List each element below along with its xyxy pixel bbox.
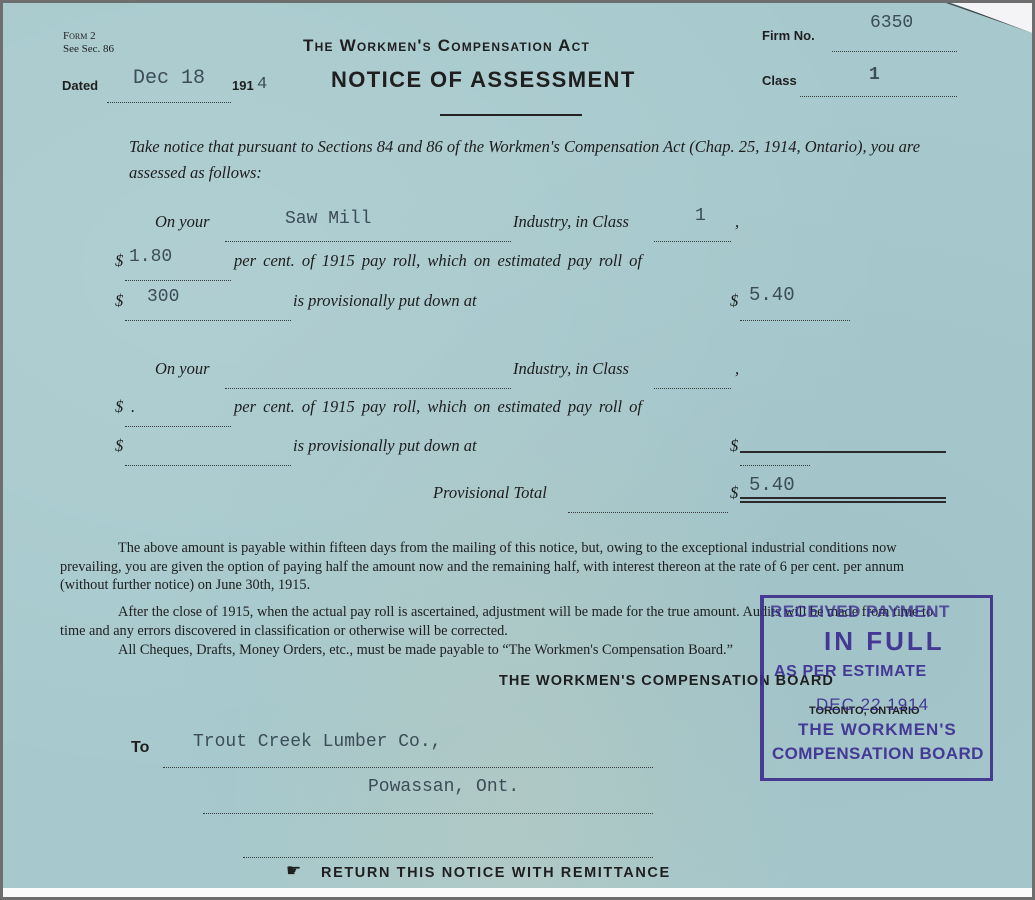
industry-class-value: 1 [695,206,706,226]
dollar-sign: $ [115,291,123,311]
industry-class-label: Industry, in Class [513,359,629,379]
assessment-notice-document: Form 2 See Sec. 86 Dated Dec 18 191 4 Th… [3,3,1032,888]
total-dots [568,500,728,518]
comma: , [735,212,739,232]
class-label: Class [762,73,797,88]
industry-class-line [654,229,731,247]
amount-value: 5.40 [749,284,795,306]
total-underline-2 [740,501,946,503]
recipient-name: Trout Creek Lumber Co., [193,732,441,752]
title-underline [440,114,582,116]
total-underline-1 [740,497,946,499]
rate-value: 1.80 [129,247,172,267]
industry-class-label: Industry, in Class [513,212,629,232]
rate-line [125,268,231,286]
recipient-name-line [163,755,653,773]
rate-line [125,414,231,432]
folded-corner [952,3,1032,33]
comma: , [735,359,739,379]
on-your-label: On your [155,359,210,379]
amount-line [740,308,850,326]
stamp-compensation-board: COMPENSATION BOARD [772,744,984,764]
industry-line [225,376,511,394]
dollar-sign: $ [730,291,738,311]
to-label: To [131,739,149,757]
class-value: 1 [869,65,880,85]
stamp-as-per-estimate: AS PER ESTIMATE [774,663,927,681]
rate-label: per cent. of 1915 pay roll, which on est… [234,251,642,271]
on-your-label: On your [155,212,210,232]
stamp-in-full: IN FULL [824,626,945,657]
dated-value: Dec 18 [133,67,205,90]
firm-number-value: 6350 [870,13,913,33]
recipient-address-line [203,801,653,819]
firm-line [832,39,957,57]
return-notice-text: RETURN THIS NOTICE WITH REMITTANCE [321,865,671,881]
year-prefix: 191 [232,78,254,93]
industry-value: Saw Mill [285,209,371,229]
stamp-date: DEC 22 1914 [816,695,929,715]
received-payment-stamp: RECEIVED PAYMENT IN FULL AS PER ESTIMATE… [760,595,993,781]
dollar-sign: $ [115,397,123,417]
industry-line [225,229,511,247]
firm-label: Firm No. [762,28,815,43]
payment-terms-paragraph: The above amount is payable within fifte… [60,539,955,595]
industry-class-line [654,376,731,394]
act-title: The Workmen's Compensation Act [303,36,590,56]
amount-line [740,453,810,471]
rate-decimal: . [131,397,135,417]
recipient-address: Powassan, Ont. [368,777,519,797]
class-line [800,84,957,102]
dollar-sign: $ [115,251,123,271]
stamp-workmens: THE WORKMEN'S [798,720,957,740]
pointing-hand-icon: ☛ [286,861,301,881]
payroll-value: 300 [147,287,179,307]
payroll-line [125,453,291,471]
rate-label: per cent. of 1915 pay roll, which on est… [234,397,642,417]
notice-title: NOTICE OF ASSESSMENT [331,67,636,93]
form-number: Form 2 [63,30,96,42]
payroll-label: is provisionally put down at [293,291,477,311]
year-suffix: 4 [257,75,267,94]
dollar-sign: $ [730,436,738,456]
payroll-line [125,308,291,326]
total-label: Provisional Total [433,483,547,503]
total-value: 5.40 [749,474,795,496]
paper-bottom-edge [3,888,1032,897]
blank-line [243,845,653,863]
intro-paragraph: Take notice that pursuant to Sections 84… [129,134,949,186]
intro-text: Take notice that pursuant to Sections 84… [129,137,920,182]
dated-label: Dated [62,78,98,93]
see-section: See Sec. 86 [63,43,114,55]
dollar-sign: $ [115,436,123,456]
stamp-received-payment: RECEIVED PAYMENT [770,602,950,622]
amount-underline [740,451,946,453]
payroll-label: is provisionally put down at [293,436,477,456]
dated-line [107,90,231,108]
dollar-sign: $ [730,483,738,503]
